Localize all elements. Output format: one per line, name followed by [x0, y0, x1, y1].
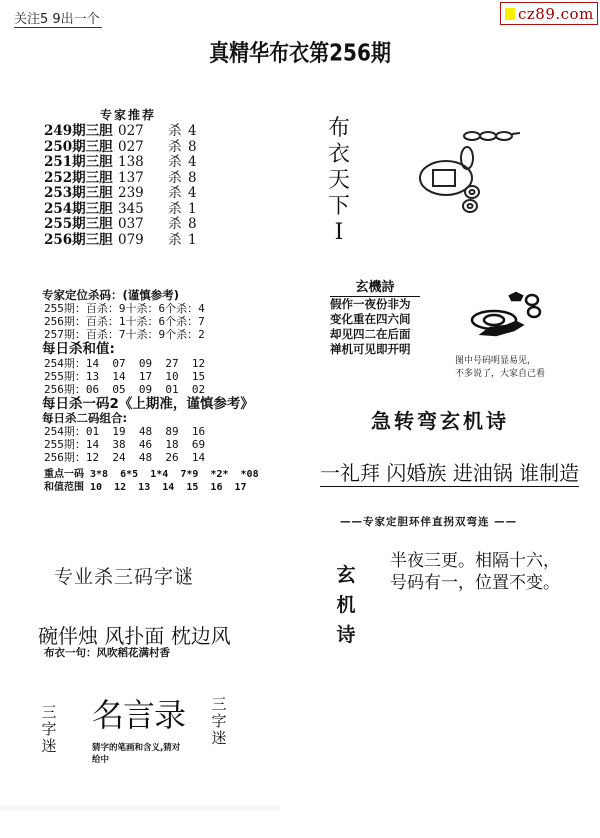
site-badge[interactable]: cz89.com [500, 2, 598, 25]
kill-value: 8 [188, 171, 197, 187]
list-item: 250期三胆027杀8 [44, 140, 197, 156]
daily-sum-kill-row: 256期：06 05 09 01 02 [42, 383, 259, 396]
daily-two-kill-row: 255期：14 38 46 18 69 [42, 438, 259, 451]
list-item: 253期三胆239杀4 [44, 186, 197, 202]
sanzi-label-right: 三 字 迷 [210, 696, 228, 747]
kill-value: 4 [188, 155, 197, 171]
zimi-sub: 布衣一句：风吹稻花满村香 [44, 645, 170, 660]
nums: 239 [118, 186, 168, 202]
list-item: 255期三胆037杀8 [44, 217, 197, 233]
caption-line: 不多说了，大家自己看 [455, 368, 545, 381]
faint-footer-line [0, 805, 280, 811]
char: 天 [326, 168, 352, 194]
stats-section: 专家定位杀码：(谨慎参考) 255期：百杀：9十杀：6个杀：4 256期：百杀：… [42, 289, 259, 494]
daily-two-kill-heading: 每日杀二码组合: [42, 412, 259, 425]
char: 玄 [336, 560, 356, 590]
position-kill-row: 256期：百杀：1十杀：6个杀：7 [42, 315, 259, 328]
daily-two-kill-row: 256期：12 24 48 26 14 [42, 451, 259, 464]
char: 字 [40, 721, 58, 738]
period: 252期三胆 [44, 171, 118, 187]
period: 254期三胆 [44, 202, 118, 218]
kill-value: 8 [188, 217, 197, 233]
nums: 345 [118, 202, 168, 218]
poem-line: 号码有一，位置不变。 [390, 572, 560, 594]
poem-line: 半夜三更。相隔十六， [390, 550, 560, 572]
vertical-title: 布 衣 天 下 I [326, 116, 352, 246]
nums: 137 [118, 171, 168, 187]
kill-label: 杀 [168, 202, 188, 218]
kill-label: 杀 [168, 186, 188, 202]
kill-label: 杀 [168, 124, 188, 140]
daily-one-kill: 每日杀一码2《上期准，谨慎参考》 [42, 396, 259, 412]
char: 机 [336, 590, 356, 620]
site-badge-text: cz89.com [518, 5, 594, 23]
char: 诗 [336, 620, 356, 650]
daily-sum-kill-row: 254期：14 07 09 27 12 [42, 357, 259, 370]
period: 255期三胆 [44, 217, 118, 233]
four-riddles: 一礼拜 闪婚族 进油锅 谁制造 [320, 460, 579, 487]
top-note: 关注5 9出一个 [14, 12, 102, 28]
daily-sum-kill-heading: 每日杀和值: [42, 341, 259, 357]
position-kill-row: 257期：百杀：7十杀：9个杀：2 [42, 328, 259, 341]
period: 251期三胆 [44, 155, 118, 171]
midnight-poem: 半夜三更。相隔十六， 号码有一，位置不变。 [390, 550, 560, 594]
period: 253期三胆 [44, 186, 118, 202]
poem-line: 却见四二在后面 [330, 327, 420, 342]
nums: 037 [118, 217, 168, 233]
kill-value: 1 [188, 202, 197, 218]
list-item: 249期三胆027杀4 [44, 124, 197, 140]
kill-value: 4 [188, 186, 197, 202]
yellow-square-icon [505, 8, 515, 20]
char: 三 [40, 704, 58, 721]
xuanji-poem-box: 玄機詩 假作一夜份非为 变化重在四六间 却见四二在后面 禅机可见即开明 [330, 276, 420, 357]
mingyan-title: 名言录 [92, 690, 185, 736]
kill-label: 杀 [168, 217, 188, 233]
kill-value: 1 [188, 233, 197, 249]
char: 迷 [40, 738, 58, 755]
xuanji-vertical-label: 玄 机 诗 [336, 560, 356, 650]
expert-recommend-heading: 专家推荐 [100, 106, 156, 123]
period: 249期三胆 [44, 124, 118, 140]
kill-value: 4 [188, 124, 197, 140]
nums: 027 [118, 140, 168, 156]
char: 三 [210, 696, 228, 713]
char: 迷 [210, 730, 228, 747]
nums: 138 [118, 155, 168, 171]
coin-chain-illustration [418, 128, 548, 222]
xuanji-heading: 玄機詩 [330, 276, 420, 297]
list-item: 254期三胆345杀1 [44, 202, 197, 218]
mingyan-sub: 猜字的笔画和含义,猜对给中 [92, 742, 187, 766]
kill-value: 8 [188, 140, 197, 156]
expert-recommend-list: 249期三胆027杀4 250期三胆027杀8 251期三胆138杀4 252期… [44, 124, 197, 248]
kill-label: 杀 [168, 140, 188, 156]
poem-line: 变化重在四六间 [330, 312, 420, 327]
poem-line: 禅机可见即开明 [330, 342, 420, 357]
char: 字 [210, 713, 228, 730]
jizhuan-title: 急转弯玄机诗 [340, 405, 540, 434]
expert-line: ——专家定胆环伴直拐双弯连 —— [340, 514, 517, 529]
kill-label: 杀 [168, 233, 188, 249]
list-item: 256期三胆079杀1 [44, 233, 197, 249]
sum-range: 和值范围 10 12 13 14 15 16 17 [42, 481, 259, 494]
kill-label: 杀 [168, 155, 188, 171]
page-title: 真精华布衣第256期 [0, 34, 600, 67]
coin-number-illustration [470, 290, 550, 354]
poem-line: 假作一夜份非为 [330, 297, 420, 312]
daily-two-kill-row: 254期：01 19 48 89 16 [42, 425, 259, 438]
list-item: 252期三胆137杀8 [44, 171, 197, 187]
zimi-title: 专业杀三码字谜 [54, 562, 194, 589]
sanzi-label-left: 三 字 迷 [40, 704, 58, 755]
nums: 027 [118, 124, 168, 140]
char: 布 [326, 116, 352, 142]
char: I [326, 220, 352, 246]
caption-line: 图中号码明显易见， [455, 355, 545, 368]
kill-label: 杀 [168, 171, 188, 187]
char: 衣 [326, 142, 352, 168]
nums: 079 [118, 233, 168, 249]
coin-caption: 图中号码明显易见， 不多说了，大家自己看 [455, 355, 545, 381]
period: 250期三胆 [44, 140, 118, 156]
list-item: 251期三胆138杀4 [44, 155, 197, 171]
char: 下 [326, 194, 352, 220]
key-one-code: 重点一码 3*8 6*5 1*4 7*9 *2* *08 [42, 468, 259, 481]
daily-sum-kill-row: 255期：13 14 17 10 15 [42, 370, 259, 383]
period: 256期三胆 [44, 233, 118, 249]
position-kill-heading: 专家定位杀码：(谨慎参考) [42, 289, 259, 302]
position-kill-row: 255期：百杀：9十杀：6个杀：4 [42, 302, 259, 315]
